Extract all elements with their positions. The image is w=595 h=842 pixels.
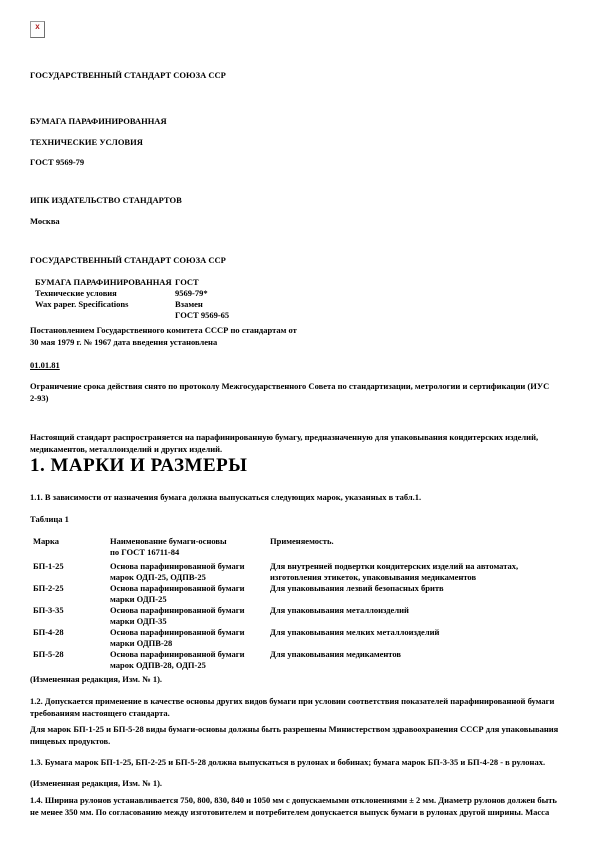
paragraph-1-3: 1.3. Бумага марок БП-1-25, БП-2-25 и БП-… xyxy=(30,757,595,769)
title-block-conditions-ru: Технические условия xyxy=(35,288,175,299)
table-row-1-mark: БП-1-25 xyxy=(33,561,110,583)
title-block-name-ru: БУМАГА ПАРАФИНИРОВАННАЯ xyxy=(35,277,175,288)
doc-subtitle: ТЕХНИЧЕСКИЕ УСЛОВИЯ xyxy=(30,137,595,149)
validity-note: Ограничение срока действия снято по прот… xyxy=(30,381,595,404)
resolution-paragraph: Постановлением Государственного комитета… xyxy=(30,325,595,348)
amendment-note-1: (Измененная редакция, Изм. № 1). xyxy=(30,674,595,686)
broken-image-icon: x xyxy=(30,21,45,38)
title-block-right-column: ГОСТ 9569-79* Взамен ГОСТ 9569-65 xyxy=(175,277,229,321)
table-row-3-applicability: Для упаковывания металлоизделий xyxy=(270,605,575,627)
city: Москва xyxy=(30,216,595,228)
doc-title: БУМАГА ПАРАФИНИРОВАННАЯ xyxy=(30,116,595,128)
title-block-standard-type: ГОСУДАРСТВЕННЫЙ СТАНДАРТ СОЮЗА ССР xyxy=(30,255,595,267)
table-caption: Таблица 1 xyxy=(30,514,595,526)
table-row-5-mark: БП-5-28 xyxy=(33,649,110,671)
section-1-heading: 1. МАРКИ И РАЗМЕРЫ xyxy=(30,455,595,477)
table-row-2-base-paper: Основа парафинированной бумаги марки ОДП… xyxy=(110,583,270,605)
table-row-2-applicability: Для упаковывания лезвий безопасных бритв xyxy=(270,583,575,605)
table-row-5-base-paper: Основа парафинированной бумаги марок ОДП… xyxy=(110,649,270,671)
amendment-note-2: (Измененная редакция, Изм. № 1). xyxy=(30,778,595,790)
table-row-5-applicability: Для упаковывания медикаментов xyxy=(270,649,575,671)
table-row-1-applicability: Для внутренней подвертки кондитерских из… xyxy=(270,561,575,583)
title-block-gost-label: ГОСТ xyxy=(175,277,229,288)
title-block-left-column: БУМАГА ПАРАФИНИРОВАННАЯ Технические усло… xyxy=(35,277,175,321)
table-row-1-base-paper: Основа парафинированной бумаги марок ОДП… xyxy=(110,561,270,583)
table-row-2-mark: БП-2-25 xyxy=(33,583,110,605)
table-row-4-mark: БП-4-28 xyxy=(33,627,110,649)
publisher: ИПК ИЗДАТЕЛЬСТВО СТАНДАРТОВ xyxy=(30,195,595,207)
masthead-standard-type: ГОСУДАРСТВЕННЫЙ СТАНДАРТ СОЮЗА ССР xyxy=(30,70,595,82)
marks-table: Марка Наименование бумаги-основы по ГОСТ… xyxy=(33,536,575,671)
table-header-applicability: Применяемость. xyxy=(270,536,575,561)
effective-date: 01.01.81 xyxy=(30,360,595,372)
table-header-mark: Марка xyxy=(33,536,110,561)
paragraph-1-2-cont: Для марок БП-1-25 и БП-5-28 виды бумаги-… xyxy=(30,724,595,747)
paragraph-1-1: 1.1. В зависимости от назначения бумага … xyxy=(30,492,595,504)
table-row-3-mark: БП-3-35 xyxy=(33,605,110,627)
table-row-4-base-paper: Основа парафинированной бумаги марки ОДП… xyxy=(110,627,270,649)
title-block: БУМАГА ПАРАФИНИРОВАННАЯ Технические усло… xyxy=(35,277,229,321)
table-header-base-paper: Наименование бумаги-основы по ГОСТ 16711… xyxy=(110,536,270,561)
title-block-replaces-label: Взамен xyxy=(175,299,229,310)
title-block-gost-number: 9569-79* xyxy=(175,288,229,299)
standard-number: ГОСТ 9569-79 xyxy=(30,157,595,169)
title-block-name-en: Wax paper. Specifications xyxy=(35,299,175,310)
table-row-3-base-paper: Основа парафинированной бумаги марки ОДП… xyxy=(110,605,270,627)
table-row-4-applicability: Для упаковывания мелких металлоизделий xyxy=(270,627,575,649)
document-page: x ГОСУДАРСТВЕННЫЙ СТАНДАРТ СОЮЗА ССР БУМ… xyxy=(0,0,595,842)
paragraph-1-2: 1.2. Допускается применение в качестве о… xyxy=(30,696,595,719)
title-block-replaces-number: ГОСТ 9569-65 xyxy=(175,310,229,321)
paragraph-1-4: 1.4. Ширина рулонов устанавливается 750,… xyxy=(30,795,595,818)
scope-paragraph: Настоящий стандарт распространяется на п… xyxy=(30,432,595,455)
